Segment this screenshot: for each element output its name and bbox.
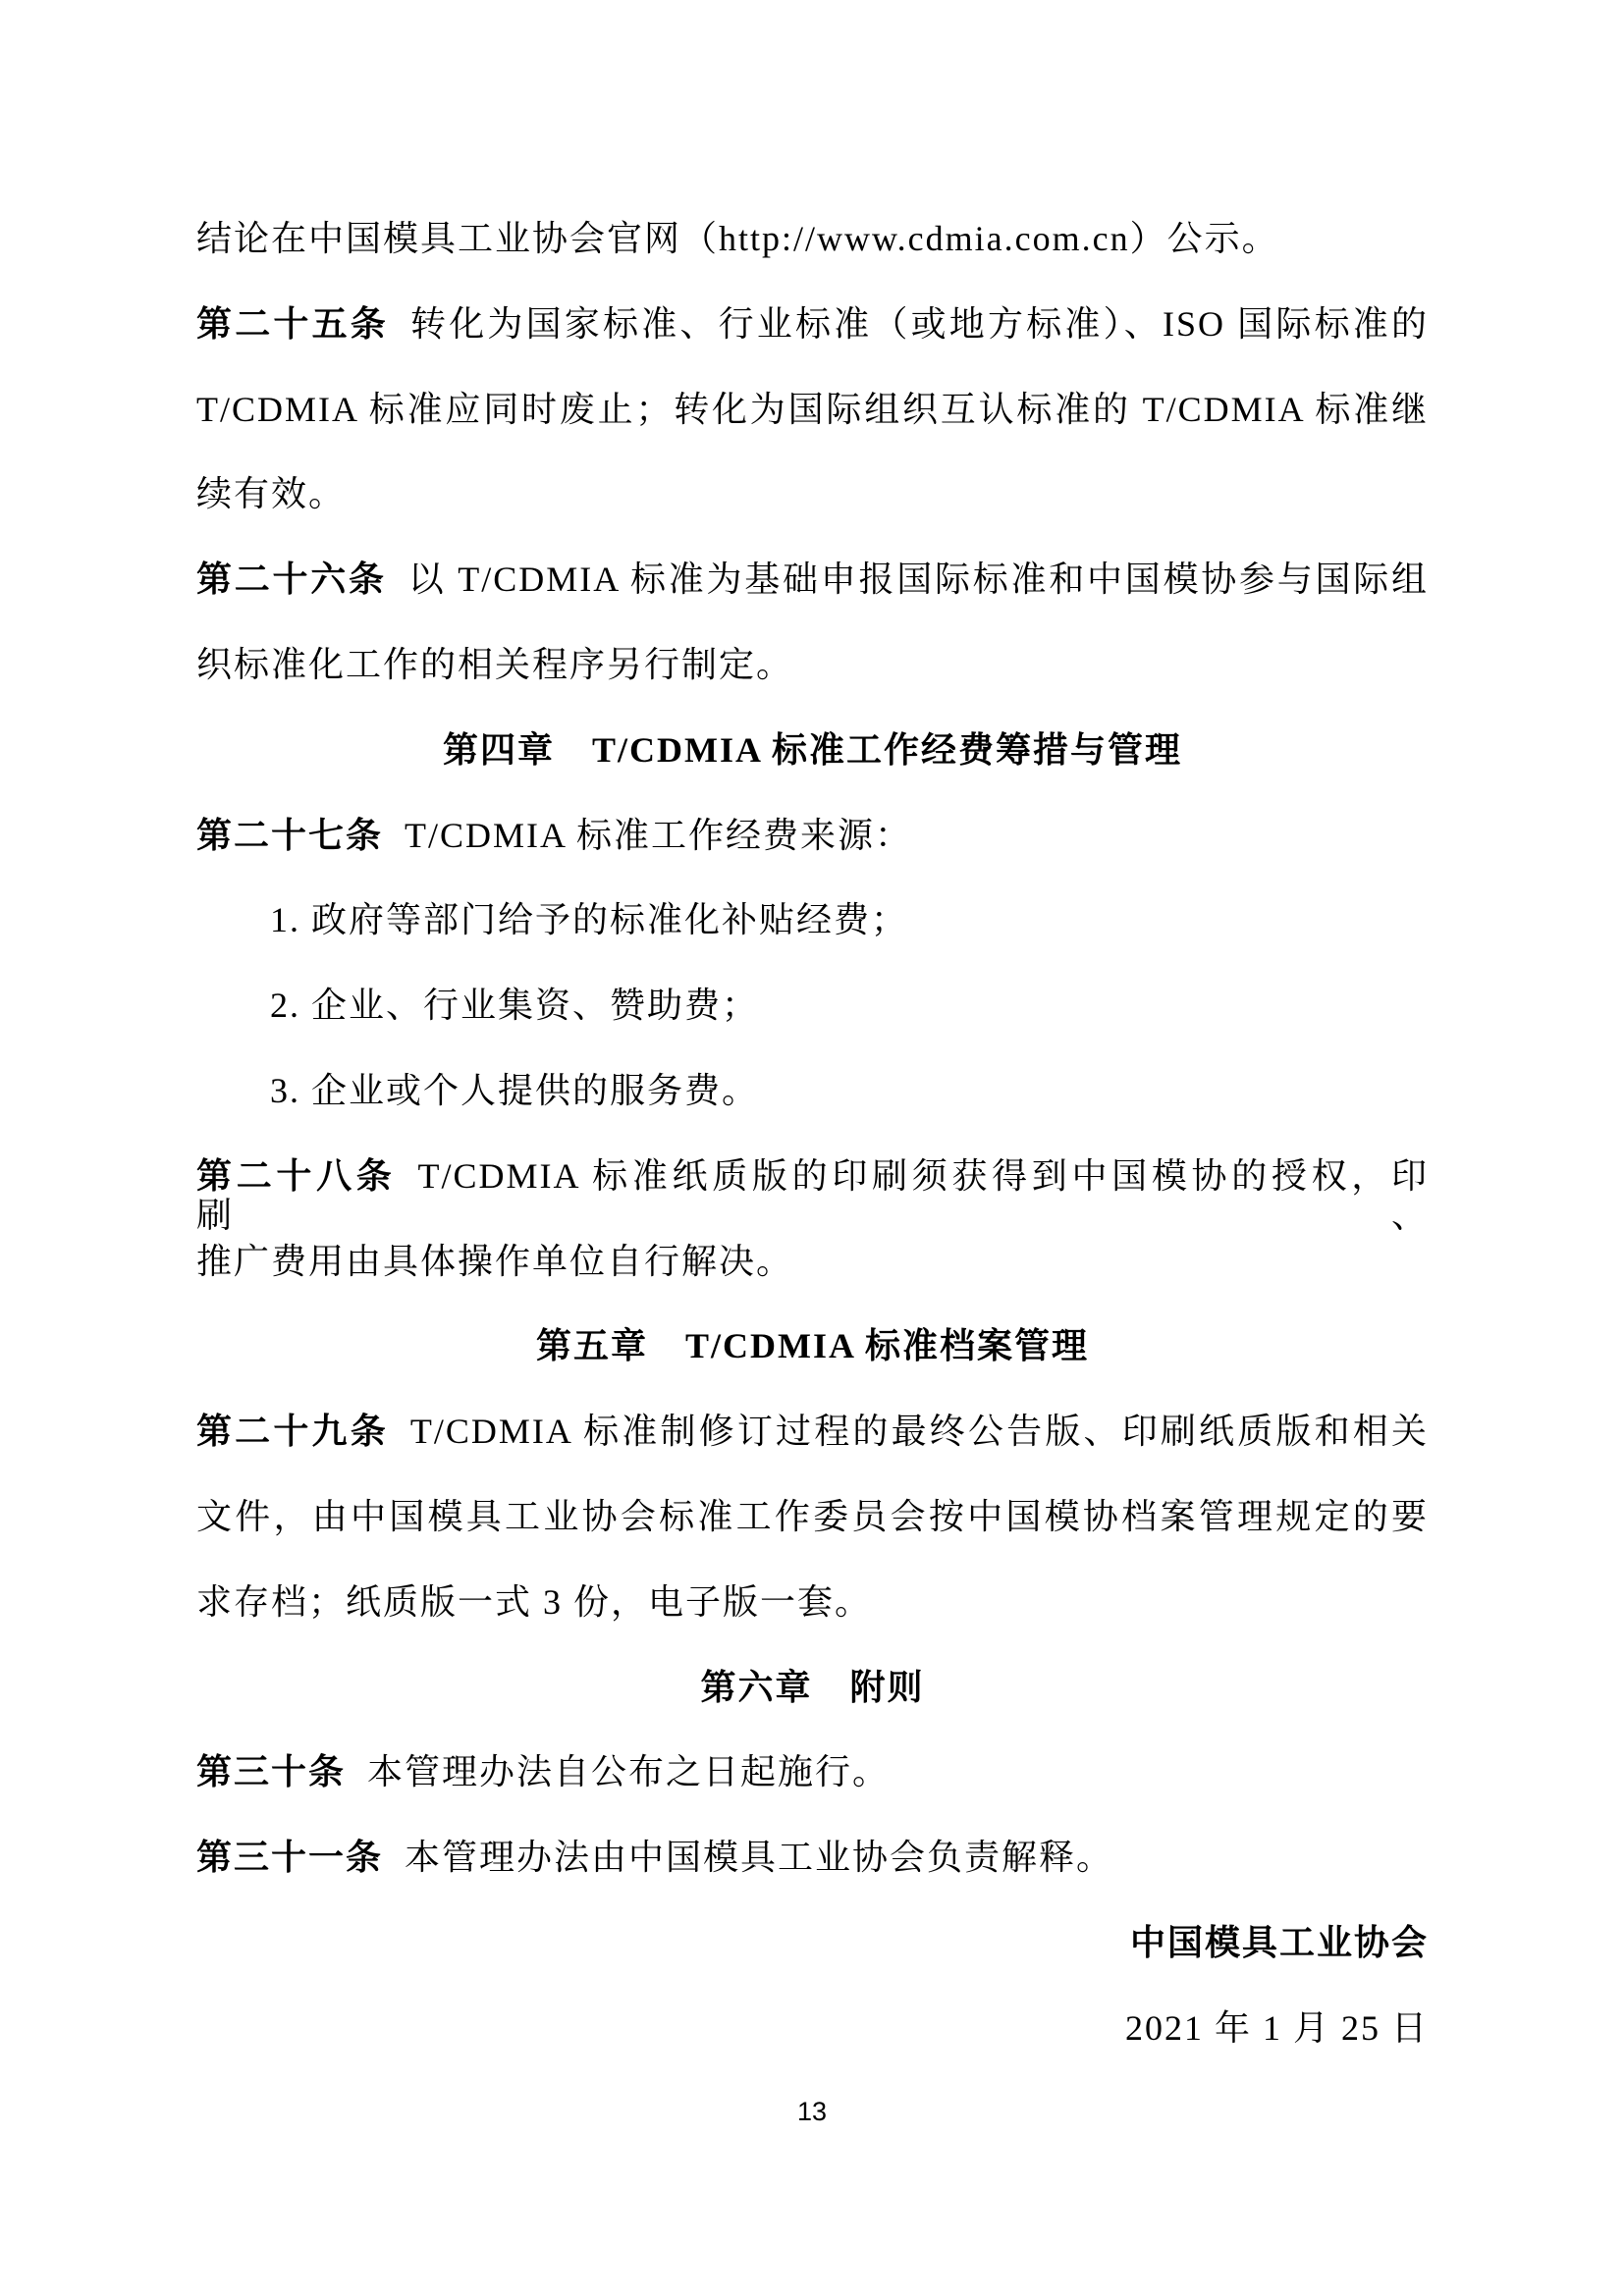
article-line: 第二十七条T/CDMIA 标准工作经费来源： bbox=[196, 816, 1429, 855]
article-text: T/CDMIA 标准工作经费来源： bbox=[405, 816, 912, 855]
document-page: 结论在中国模具工业协会官网（http://www.cdmia.com.cn）公示… bbox=[0, 0, 1624, 2296]
paragraph-line: 推广费用由具体操作单位自行解决。 bbox=[196, 1242, 1429, 1281]
article-line: 第二十九条T/CDMIA 标准制修订过程的最终公告版、印刷纸质版和相关 bbox=[196, 1412, 1429, 1451]
article-text: 本管理办法由中国模具工业协会负责解释。 bbox=[405, 1838, 1113, 1877]
article-text: T/CDMIA 标准制修订过程的最终公告版、印刷纸质版和相关 bbox=[410, 1412, 1429, 1451]
page-number: 13 bbox=[0, 2097, 1624, 2127]
article-line: 第二十六条以 T/CDMIA 标准为基础申报国际标准和中国模协参与国际组 bbox=[196, 560, 1429, 599]
paragraph-line: 织标准化工作的相关程序另行制定。 bbox=[196, 645, 1429, 684]
article-number: 第二十八条 bbox=[196, 1156, 396, 1196]
article-line: 第二十五条转化为国家标准、行业标准（或地方标准）、ISO 国际标准的 bbox=[196, 304, 1429, 344]
paragraph-line: T/CDMIA 标准应同时废止；转化为国际组织互认标准的 T/CDMIA 标准继 bbox=[196, 390, 1429, 429]
paragraph-line: 续有效。 bbox=[196, 474, 1429, 513]
article-number: 第二十九条 bbox=[196, 1412, 389, 1451]
article-number: 第二十五条 bbox=[196, 304, 389, 344]
article-text: 以 T/CDMIA 标准为基础申报国际标准和中国模协参与国际组 bbox=[408, 560, 1429, 599]
article-number: 第二十七条 bbox=[196, 816, 383, 855]
list-item: 2. 企业、行业集资、赞助费； bbox=[196, 986, 1429, 1025]
signature-date: 2021 年 1 月 25 日 bbox=[196, 2008, 1429, 2048]
paragraph-line: 结论在中国模具工业协会官网（http://www.cdmia.com.cn）公示… bbox=[196, 219, 1429, 258]
article-line: 第二十八条T/CDMIA 标准纸质版的印刷须获得到中国模协的授权，印刷、 bbox=[196, 1156, 1429, 1235]
article-line: 第三十一条本管理办法由中国模具工业协会负责解释。 bbox=[196, 1838, 1429, 1877]
chapter-heading: 第四章 T/CDMIA 标准工作经费筹措与管理 bbox=[196, 730, 1429, 770]
list-item: 1. 政府等部门给予的标准化补贴经费； bbox=[196, 900, 1429, 939]
article-number: 第二十六条 bbox=[196, 560, 387, 599]
article-text: 转化为国家标准、行业标准（或地方标准）、ISO 国际标准的 bbox=[410, 304, 1429, 344]
article-number: 第三十条 bbox=[196, 1752, 346, 1791]
paragraph-line: 求存档；纸质版一式 3 份，电子版一套。 bbox=[196, 1582, 1429, 1622]
article-line: 第三十条本管理办法自公布之日起施行。 bbox=[196, 1752, 1429, 1791]
article-text: 本管理办法自公布之日起施行。 bbox=[367, 1752, 890, 1791]
chapter-heading: 第六章 附则 bbox=[196, 1668, 1429, 1707]
signature-org: 中国模具工业协会 bbox=[196, 1923, 1429, 1962]
list-item: 3. 企业或个人提供的服务费。 bbox=[196, 1071, 1429, 1110]
paragraph-line: 文件，由中国模具工业协会标准工作委员会按中国模协档案管理规定的要 bbox=[196, 1497, 1429, 1536]
chapter-heading: 第五章 T/CDMIA 标准档案管理 bbox=[196, 1326, 1429, 1365]
article-number: 第三十一条 bbox=[196, 1838, 383, 1877]
